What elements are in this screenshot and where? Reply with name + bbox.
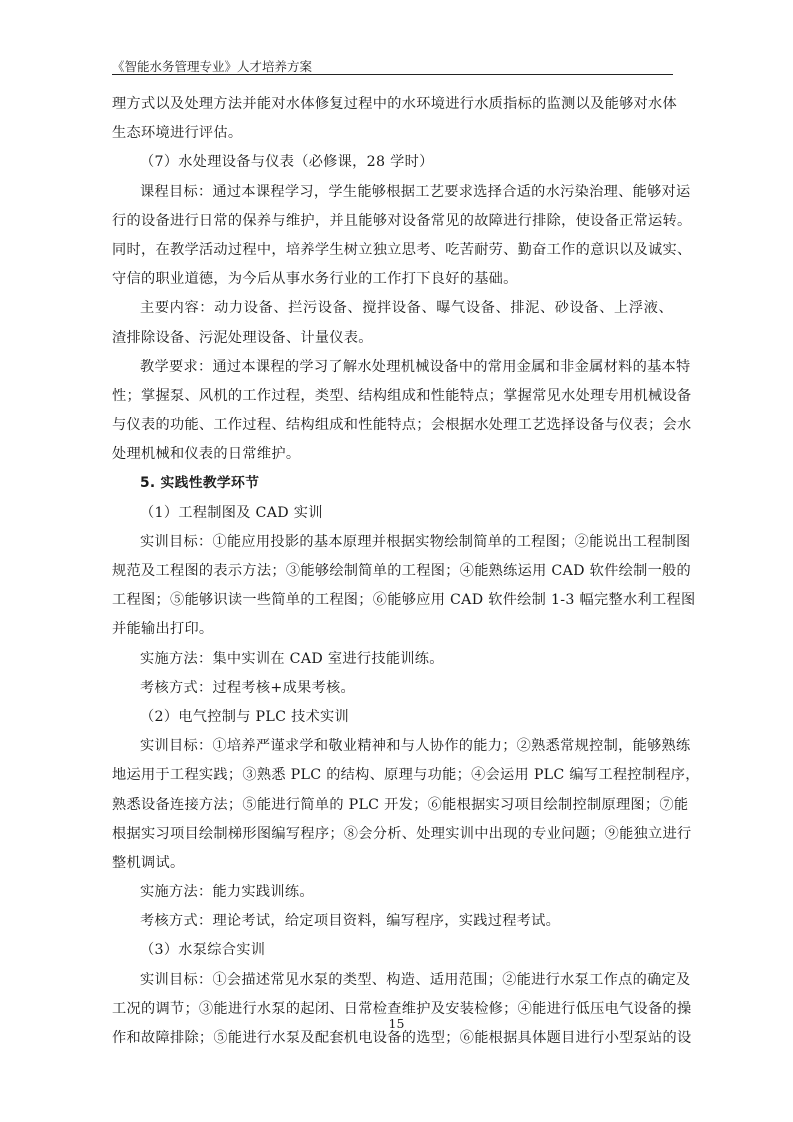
page-header: 《智能水务管理专业》人才培养方案 bbox=[112, 56, 673, 75]
text-line: 实训目标：①培养严谨求学和敬业精神和与人协作的能力；②熟悉常规控制，能够熟练 bbox=[112, 732, 673, 761]
text-line: （7）水处理设备与仪表（必修课，28 学时） bbox=[112, 148, 673, 177]
text-line: 与仪表的功能、工作过程、结构组成和性能特点；会根据水处理工艺选择设备与仪表；会水 bbox=[112, 411, 673, 440]
text-line: 理方式以及处理方法并能对水体修复过程中的水环境进行水质指标的监测以及能够对水体 bbox=[112, 90, 673, 119]
text-line: 实训目标：①会描述常见水泵的类型、构造、适用范围；②能进行水泵工作点的确定及 bbox=[112, 966, 673, 995]
text-line: 考核方式：理论考试，给定项目资料，编写程序，实践过程考试。 bbox=[112, 907, 673, 936]
text-line: 规范及工程图的表示方法；③能够绘制简单的工程图；④能熟练运用 CAD 软件绘制一… bbox=[112, 557, 673, 586]
text-line: 整机调试。 bbox=[112, 849, 673, 878]
text-line: 并能输出打印。 bbox=[112, 615, 673, 644]
text-line: 性；掌握泵、风机的工作过程，类型、结构组成和性能特点；掌握常见水处理专用机械设备 bbox=[112, 382, 673, 411]
page-number: 15 bbox=[0, 1016, 793, 1031]
text-line: 实训目标：①能应用投影的基本原理并根据实物绘制简单的工程图；②能说出工程制图 bbox=[112, 528, 673, 557]
text-line: 行的设备进行日常的保养与维护，并且能够对设备常见的故障进行排除，使设备正常运转。 bbox=[112, 207, 673, 236]
body-text: 理方式以及处理方法并能对水体修复过程中的水环境进行水质指标的监测以及能够对水体生… bbox=[112, 90, 673, 1053]
text-line: 教学要求：通过本课程的学习了解水处理机械设备中的常用金属和非金属材料的基本特 bbox=[112, 353, 673, 382]
text-line: 处理机械和仪表的日常维护。 bbox=[112, 440, 673, 469]
document-title: 《智能水务管理专业》人才培养方案 bbox=[112, 59, 312, 74]
text-line: （1）工程制图及 CAD 实训 bbox=[112, 499, 673, 528]
text-line: 考核方式：过程考核+成果考核。 bbox=[112, 674, 673, 703]
text-line: 课程目标：通过本课程学习，学生能够根据工艺要求选择合适的水污染治理、能够对运 bbox=[112, 178, 673, 207]
text-line: 工程图；⑤能够识读一些简单的工程图；⑥能够应用 CAD 软件绘制 1-3 幅完整… bbox=[112, 586, 673, 615]
text-line: （3）水泵综合实训 bbox=[112, 936, 673, 965]
text-line: 同时，在教学活动过程中，培养学生树立独立思考、吃苦耐劳、勤奋工作的意识以及诚实、 bbox=[112, 236, 673, 265]
text-line: 生态环境进行评估。 bbox=[112, 119, 673, 148]
section-heading: 5. 实践性教学环节 bbox=[112, 469, 673, 498]
text-line: 主要内容：动力设备、拦污设备、搅拌设备、曝气设备、排泥、砂设备、上浮液、 bbox=[112, 294, 673, 323]
text-line: （2）电气控制与 PLC 技术实训 bbox=[112, 703, 673, 732]
text-line: 守信的职业道德，为今后从事水务行业的工作打下良好的基础。 bbox=[112, 265, 673, 294]
text-line: 实施方法：集中实训在 CAD 室进行技能训练。 bbox=[112, 645, 673, 674]
text-line: 渣排除设备、污泥处理设备、计量仪表。 bbox=[112, 324, 673, 353]
text-line: 地运用于工程实践；③熟悉 PLC 的结构、原理与功能；④会运用 PLC 编写工程… bbox=[112, 761, 673, 790]
text-line: 实施方法：能力实践训练。 bbox=[112, 878, 673, 907]
text-line: 根据实习项目绘制梯形图编写程序；⑧会分析、处理实训中出现的专业问题；⑨能独立进行 bbox=[112, 820, 673, 849]
text-line: 熟悉设备连接方法；⑤能进行简单的 PLC 开发；⑥能根据实习项目绘制控制原理图；… bbox=[112, 791, 673, 820]
